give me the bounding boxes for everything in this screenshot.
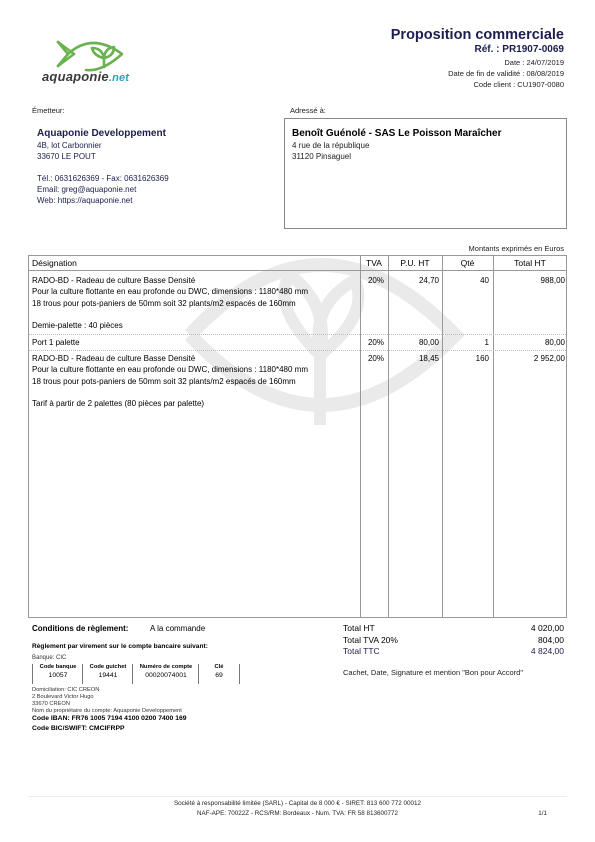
row-tva: 20% (360, 275, 384, 286)
row-pu-ht: 24,70 (388, 275, 439, 286)
total-ttc-label: Total TTC (343, 646, 380, 656)
row-designation: Port 1 palette (32, 337, 80, 348)
recipient-address1: 4 rue de la république (292, 141, 369, 150)
footer-legal-line1: Société à responsabilité limitée (SARL) … (0, 800, 595, 807)
recipient-name: Benoît Guénolé - SAS Le Poisson Maraîche… (292, 128, 502, 139)
row-designation: RADO-BD - Radeau de culture Basse Densit… (32, 353, 308, 409)
row-tva: 20% (360, 353, 384, 364)
payment-conditions-label: Conditions de règlement: (32, 624, 128, 633)
validity-date: Date de fin de validité : 08/08/2019 (448, 69, 564, 78)
recipient-address2: 31120 Pinsaguel (292, 152, 351, 161)
row-total-ht: 2 952,00 (493, 353, 565, 364)
row-designation: RADO-BD - Radeau de culture Basse Densit… (32, 275, 308, 331)
total-ht-label: Total HT (343, 623, 375, 633)
bank-code-cell: Code banque10057 (32, 664, 83, 684)
header-designation: Désignation (32, 258, 77, 268)
recipient-label: Adressé à: (290, 106, 326, 115)
header-qty: Qté (442, 258, 493, 268)
footer-divider (28, 796, 567, 797)
iban-code: Code IBAN: FR76 1005 7194 4100 0200 7400… (32, 715, 187, 722)
header-pu-ht: P.U. HT (388, 258, 442, 268)
row-qty: 40 (442, 275, 489, 286)
bank-transfer-title: Règlement par virement sur le compte ban… (32, 643, 208, 650)
sender-label: Émetteur: (32, 106, 65, 115)
sender-email[interactable]: Email: greg@aquaponie.net (37, 185, 136, 194)
bic-code: Code BIC/SWIFT: CMCIFRPP (32, 725, 125, 732)
footer-legal-line2: NAF-APE: 70022Z - RCS/RM: Bordeaux - Num… (0, 810, 595, 817)
account-owner: Nom du propriétaire du compte: Aquaponie… (32, 708, 182, 714)
currency-note: Montants exprimés en Euros (469, 244, 564, 253)
page-number: 1/1 (538, 810, 547, 817)
row-total-ht: 80,00 (493, 337, 565, 348)
row-qty: 160 (442, 353, 489, 364)
document-reference: Réf. : PR1907-0069 (475, 44, 565, 55)
row-pu-ht: 80,00 (388, 337, 439, 348)
domiciliation-address2: 33670 CREON (32, 701, 70, 707)
total-tva-label: Total TVA 20% (343, 635, 398, 645)
sender-address2: 33670 LE POUT (37, 152, 96, 161)
account-number-cell: Numéro de compte00020074001 (132, 664, 199, 684)
header-tva: TVA (360, 258, 388, 268)
payment-conditions-value: A la commande (150, 624, 205, 633)
bank-name: Banque: CIC (32, 655, 66, 661)
document-title: Proposition commerciale (391, 27, 564, 43)
header-total-ht: Total HT (493, 258, 567, 268)
row-pu-ht: 18,45 (388, 353, 439, 364)
items-table: Désignation TVA P.U. HT Qté Total HT RAD… (28, 255, 567, 618)
document-date: Date : 24/07/2019 (504, 58, 564, 67)
total-ttc-value: 4 824,00 (531, 646, 564, 656)
sender-website[interactable]: Web: https://aquaponie.net (37, 196, 132, 205)
sender-phone: Tél.: 0631626369 - Fax: 0631626369 (37, 174, 169, 183)
signature-note: Cachet, Date, Signature et mention "Bon … (343, 668, 523, 677)
domiciliation-address1: 2 Boulevard Victor Hugo (32, 694, 94, 700)
domiciliation: Domiciliation: CIC CREON (32, 687, 99, 693)
row-tva: 20% (360, 337, 384, 348)
row-qty: 1 (442, 337, 489, 348)
branch-code-cell: Code guichet19441 (82, 664, 133, 684)
total-ht-value: 4 020,00 (531, 623, 564, 633)
client-code: Code client : CU1907-0080 (474, 80, 564, 89)
row-total-ht: 988,00 (493, 275, 565, 286)
total-tva-value: 804,00 (538, 635, 564, 645)
logo-wordmark: aquaponie.net (42, 69, 129, 84)
sender-name: Aquaponie Developpement (37, 128, 166, 139)
key-cell: Clé69 (198, 664, 240, 684)
sender-address1: 4B, lot Carbonnier (37, 141, 101, 150)
